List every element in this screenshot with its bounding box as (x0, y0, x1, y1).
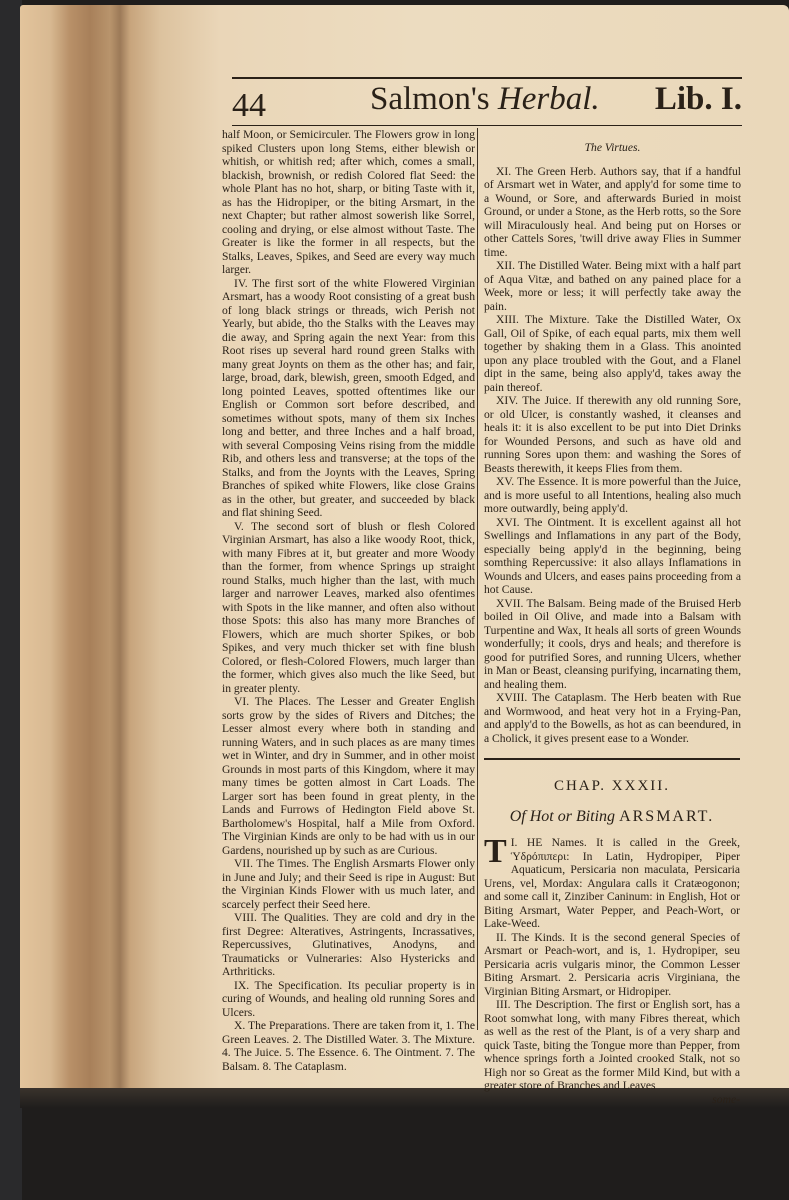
paragraph: VIII. The Qualities. They are cold and d… (222, 911, 475, 979)
book-label: Lib. I. (655, 81, 742, 117)
drop-cap: T (484, 838, 507, 866)
chapter-body: I. THE Names. It is called in the Greek,… (484, 836, 740, 1106)
section-title: The Virtues. (484, 141, 741, 155)
paragraph: II. The Kinds. It is the second general … (484, 931, 740, 999)
book-binding (0, 0, 22, 1200)
paragraph: XIV. The Juice. If therewith any old run… (484, 394, 741, 475)
paragraph: XIII. The Mixture. Take the Distilled Wa… (484, 313, 741, 394)
paragraph: XI. The Green Herb. Authors say, that if… (484, 165, 741, 260)
paragraph: VI. The Places. The Lesser and Greater E… (222, 695, 475, 857)
running-title-italic: Herbal. (498, 81, 600, 117)
paragraph: XVIII. The Cataplasm. The Herb beaten wi… (484, 691, 741, 745)
catchword: some- (484, 1093, 740, 1107)
section-numeral: I. (511, 836, 518, 849)
chapter-subtitle-italic: Of Hot or Biting (510, 808, 615, 825)
header-rule-top (232, 77, 742, 79)
header-rule-bottom (232, 125, 742, 126)
running-title: Salmon's Herbal. (370, 81, 600, 117)
chapter-subtitle-caps: ARSMART. (619, 808, 714, 825)
paragraph: VII. The Times. The English Arsmarts Flo… (222, 857, 475, 911)
running-header: 44 Salmon's Herbal. Lib. I. (232, 80, 742, 124)
paragraph: V. The second sort of blush or flesh Col… (222, 520, 475, 696)
paragraph: XV. The Essence. It is more powerful tha… (484, 475, 741, 516)
paragraph: XVII. The Balsam. Being made of the Brui… (484, 597, 741, 692)
right-column: The Virtues. XI. The Green Herb. Authors… (484, 141, 741, 745)
chapter-subtitle: Of Hot or Biting ARSMART. (484, 808, 740, 826)
paragraph-first: I. THE Names. It is called in the Greek,… (484, 836, 740, 931)
chapter-rule (484, 758, 740, 760)
paragraph: XVI. The Ointment. It is excellent again… (484, 516, 741, 597)
paragraph: III. The Description. The first or Engli… (484, 998, 740, 1093)
paragraph: IV. The first sort of the white Flowered… (222, 277, 475, 520)
paragraph: IX. The Specification. Its peculiar prop… (222, 979, 475, 1020)
paragraph: half Moon, or Semicirculer. The Flowers … (222, 128, 475, 277)
paragraph: XII. The Distilled Water. Being mixt wit… (484, 259, 741, 313)
paragraph-text: HE Names. It is called in the Greek, Ὑδρ… (484, 836, 740, 930)
page-number: 44 (232, 88, 266, 124)
left-column: half Moon, or Semicirculer. The Flowers … (222, 128, 475, 1073)
paragraph: X. The Preparations. There are taken fro… (222, 1019, 475, 1073)
chapter-title: CHAP. XXXII. (484, 778, 740, 795)
column-divider (477, 128, 478, 1030)
running-title-roman: Salmon's (370, 81, 490, 117)
